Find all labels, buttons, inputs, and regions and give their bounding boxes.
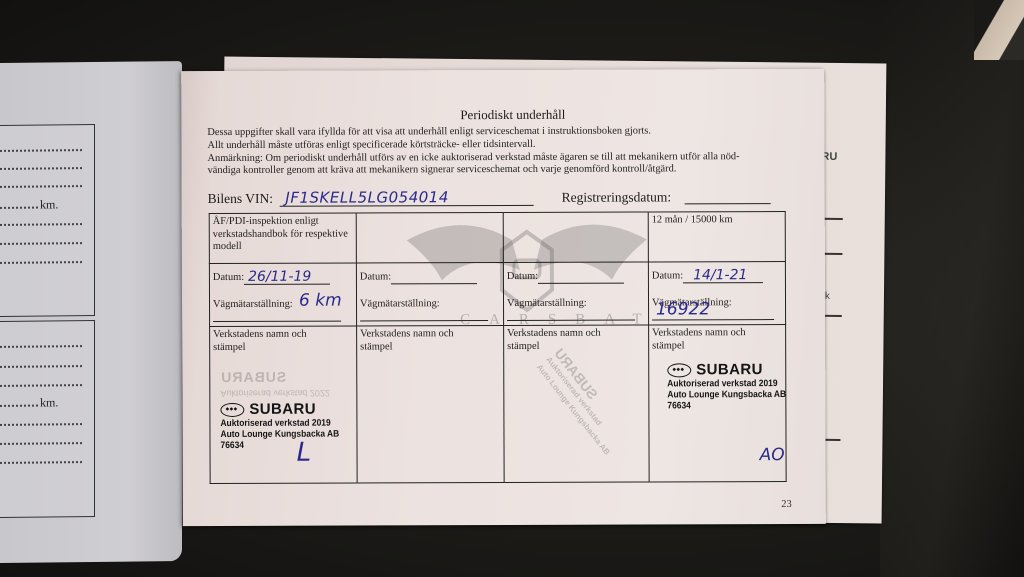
workshop-cell: Verkstadens namn och stämpel — [357, 325, 505, 483]
registration-label: Registreringsdatum: — [562, 189, 672, 205]
date-field: Datum:26/11-19 — [213, 272, 353, 285]
odometer-field: Vägmätarställning: 6 km — [213, 298, 353, 322]
date-value: 26/11-19 — [248, 271, 311, 284]
column-header — [503, 212, 648, 263]
date-odometer-cell: Datum:26/11-19 Vägmätarställning: 6 km — [209, 263, 356, 327]
signature: L — [297, 447, 312, 460]
workshop-stamp: SUBARU Auktoriserad verkstad 2019 Auto L… — [667, 363, 799, 410]
km-label: km. — [40, 197, 58, 211]
date-field: Datum: — [507, 271, 645, 284]
vin-value: JF1SKELL5LG054014 — [285, 188, 448, 207]
date-label: Datum: — [360, 271, 391, 282]
column-header: ÅF/PDI-inspektion enligt verkstadshandbo… — [209, 213, 356, 264]
workshop-label: Verkstadens namn och stämpel — [213, 329, 323, 355]
dotted-line — [0, 223, 82, 226]
date-odometer-cell: Datum: Vägmätarställning: — [503, 262, 648, 326]
odometer-label: Vägmätarställning: — [360, 298, 440, 309]
workshop-cell: Verkstadens namn och stämpel SUBARU Aukt… — [504, 325, 650, 483]
page-number: 23 — [781, 499, 792, 510]
left-service-box-2: km. — [0, 320, 95, 518]
stamp-brand: SUBARU — [249, 403, 316, 416]
odometer-label: Vägmätarställning: — [213, 298, 293, 309]
date-field: Datum: — [360, 271, 500, 284]
registration-line — [685, 203, 771, 204]
odometer-label: Vägmätarställning: — [507, 297, 587, 308]
odometer-field: Vägmätarställning: — [507, 297, 645, 321]
ghost-stamp-brand: SUBARU — [220, 371, 286, 384]
left-page: km. km. — [0, 61, 182, 563]
date-odometer-cell: Datum:14/1-21 Vägmätarställning: 16922 — [648, 262, 785, 325]
workshop-cell: Verkstadens namn och stämpel SUBARU Aukt… — [210, 326, 358, 484]
dotted-line — [0, 442, 82, 445]
leather-background — [880, 0, 1024, 577]
left-service-box-1: km. — [0, 124, 95, 317]
odometer-field: Vägmätarställning: 16922 — [652, 297, 782, 321]
subaru-logo-icon — [667, 363, 691, 377]
workshop-label: Verkstadens namn och stämpel — [652, 327, 762, 353]
dotted-line — [0, 185, 82, 188]
service-table: ÅF/PDI-inspektion enligt verkstadshandbo… — [209, 211, 787, 484]
dotted-line — [0, 365, 82, 368]
dotted-line — [0, 461, 82, 464]
odometer-value: 6 km — [299, 294, 342, 307]
stamp-line: Auto Lounge Kungsbacka AB — [667, 388, 786, 399]
intro-text: Dessa uppgifter skall vara ifyllda för a… — [207, 125, 807, 178]
vin-field: Bilens VIN: JF1SKELL5LG054014 — [208, 190, 534, 207]
km-row: km. — [0, 197, 58, 213]
dotted-line — [0, 345, 82, 348]
date-label: Datum: — [507, 271, 538, 282]
signature: AO — [760, 449, 785, 462]
date-label: Datum: — [652, 270, 683, 281]
vin-label: Bilens VIN: — [208, 191, 273, 206]
workshop-cell: Verkstadens namn och stämpel SUBARU Aukt… — [649, 325, 787, 482]
ghost-stamp-line: Auktoriserad verkstad 2022 — [220, 387, 330, 400]
km-row: km. — [0, 395, 58, 411]
dotted-line — [0, 384, 82, 387]
date-value: 14/1-21 — [693, 269, 747, 282]
service-record-page: Periodiskt underhåll Dessa uppgifter ska… — [181, 69, 826, 526]
stamp-line: 76634 — [667, 399, 786, 410]
km-label: km. — [40, 395, 58, 409]
stamp-brand: SUBARU — [696, 364, 763, 377]
date-label: Datum: — [213, 272, 244, 283]
ghost-stamp: SUBARU Auktoriserad verkstad Auto Lounge… — [533, 347, 632, 458]
subaru-logo-icon — [220, 403, 244, 417]
dotted-line — [0, 242, 82, 245]
date-odometer-cell: Datum: Vägmätarställning: — [356, 263, 503, 327]
workshop-label: Verkstadens namn och stämpel — [360, 328, 470, 354]
vin-line: JF1SKELL5LG054014 — [279, 191, 533, 207]
background-object — [974, 0, 1024, 60]
stamp-line: 76634 — [220, 439, 339, 450]
dotted-line — [0, 167, 82, 170]
page-title: Periodiskt underhåll — [181, 106, 824, 124]
dotted-line — [0, 423, 82, 426]
workshop-stamp: SUBARU Auktoriserad verkstad 2019 Auto L… — [220, 403, 352, 450]
odometer-field: Vägmätarställning: — [360, 298, 500, 322]
intro-line: Anmärkning: Om periodiskt underhåll utfö… — [207, 151, 807, 166]
dotted-line — [0, 261, 82, 264]
stamp-line: Auktoriserad verkstad 2019 — [667, 377, 786, 388]
stamp-line: Auktoriserad verkstad 2019 — [220, 417, 339, 428]
stamp-line: Auto Lounge Kungsbacka AB — [220, 428, 339, 439]
dotted-line — [0, 149, 82, 152]
date-field: Datum:14/1-21 — [652, 270, 782, 283]
column-header — [356, 213, 503, 264]
intro-line: vändiga kontroller genom att kräva att m… — [208, 163, 808, 178]
column-header: 12 mån / 15000 km — [648, 212, 785, 262]
